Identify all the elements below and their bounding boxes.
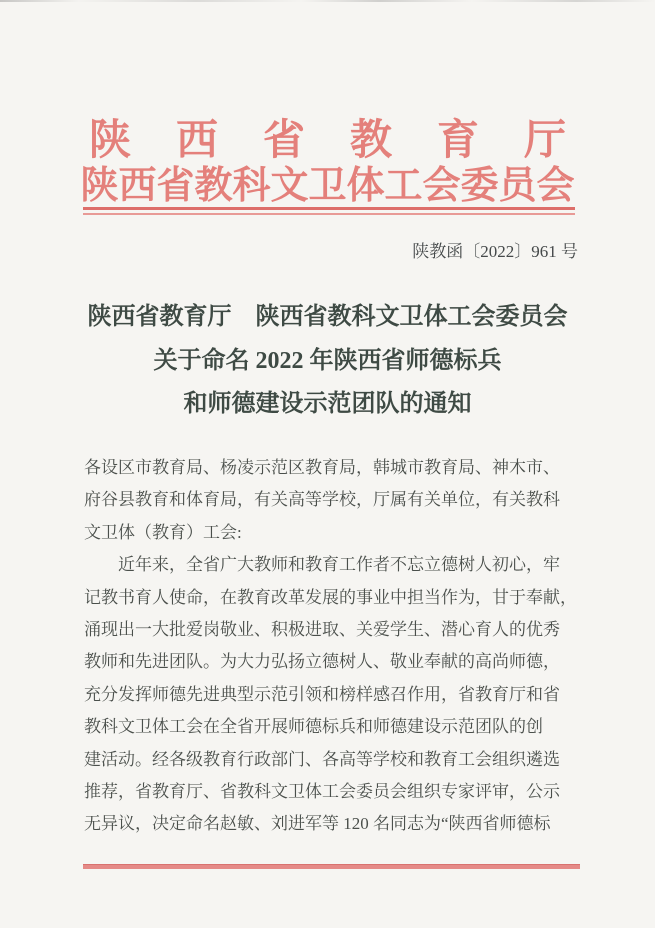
title-line-3: 和师德建设示范团队的通知 (0, 383, 655, 427)
header-divider-rule (83, 207, 575, 215)
body-line: 府谷县教育和体育局，有关高等学校，厅属有关单位，有关教科 (84, 484, 576, 516)
org-name-line-2: 陕西省教科文卫体工会委员会 (0, 164, 655, 208)
bottom-divider-rule (83, 864, 580, 869)
body-line: 各设区市教育局、杨凌示范区教育局，韩城市教育局、神木市、 (84, 452, 576, 484)
doc-number: 陕教函〔2022〕961 号 (412, 240, 578, 264)
body-line: 教师和先进团队。为大力弘扬立德树人、敬业奉献的高尚师德， (84, 646, 576, 678)
notice-title: 陕西省教育厅 陕西省教科文卫体工会委员会 关于命名 2022 年陕西省师德标兵 … (0, 296, 655, 427)
org-name-line-1: 陕西省教育厅 (0, 118, 655, 164)
body-text: 各设区市教育局、杨凌示范区教育局，韩城市教育局、神木市、 府谷县教育和体育局，有… (84, 452, 576, 841)
body-line: 教科文卫体工会在全省开展师德标兵和师德建设示范团队的创 (84, 711, 576, 743)
body-line: 充分发挥师德先进典型示范引领和榜样感召作用，省教育厅和省 (84, 679, 576, 711)
body-line: 无异议，决定命名赵敏、刘进军等 120 名同志为“陕西省师德标 (84, 808, 576, 840)
body-line: 涌现出一大批爱岗敬业、积极进取、关爱学生、潜心育人的优秀 (84, 614, 576, 646)
body-line: 文卫体（教育）工会: (84, 517, 576, 549)
body-line: 近年来，全省广大教师和教育工作者不忘立德树人初心，牢 (84, 549, 576, 581)
body-line: 建活动。经各级教育行政部门、各高等学校和教育工会组织遴选 (84, 744, 576, 776)
letterhead: 陕西省教育厅 陕西省教科文卫体工会委员会 (0, 118, 655, 208)
title-line-2: 关于命名 2022 年陕西省师德标兵 (0, 340, 655, 384)
title-line-1: 陕西省教育厅 陕西省教科文卫体工会委员会 (0, 296, 655, 340)
document-page: 陕西省教育厅 陕西省教科文卫体工会委员会 陕教函〔2022〕961 号 陕西省教… (0, 0, 655, 928)
body-line: 推荐，省教育厅、省教科文卫体工会委员会组织专家评审，公示 (84, 776, 576, 808)
body-line: 记教书育人使命，在教育改革发展的事业中担当作为，甘于奉献， (84, 582, 576, 614)
scan-edge-artifact (0, 0, 655, 2)
